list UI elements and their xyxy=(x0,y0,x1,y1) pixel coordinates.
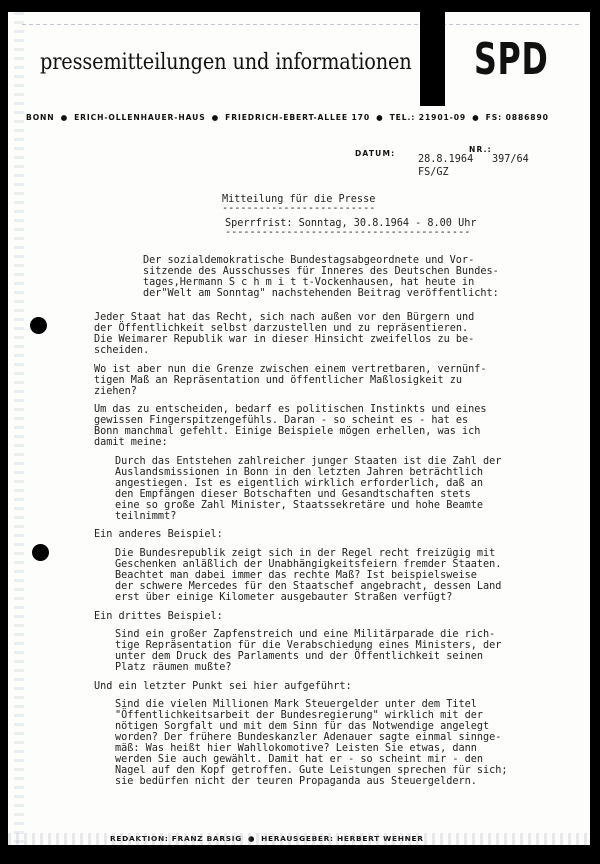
text-line: angestiegen. Ist es eigentlich wirklich … xyxy=(115,478,508,489)
text-line: tige Repräsentation für die Verabschiedu… xyxy=(115,640,508,651)
text-line: gewissen Fingerspitzengefühls. Daran - s… xyxy=(94,415,508,426)
bullet-icon: ● xyxy=(212,113,220,122)
text-line: Geschenken anläßlich der Unabhängigkeits… xyxy=(115,559,508,570)
text-line: Beachtet man dabei immer das rechte Maß?… xyxy=(115,570,508,581)
text-line: Ein anderes Beispiel: xyxy=(94,529,508,540)
document-date: 28.8.1964 xyxy=(418,154,473,165)
text-line: Auslandsmissionen in Bonn in den letzten… xyxy=(115,467,508,478)
paragraph: Ein anderes Beispiel: xyxy=(94,529,508,540)
text-line: Ein drittes Beispiel: xyxy=(94,611,508,622)
intro-line: tages,Hermann S c h m i t t-Vockenhausen… xyxy=(143,277,499,288)
text-line: der schwere Mercedes für den Staatschef … xyxy=(115,581,508,592)
scan-noise xyxy=(8,833,590,845)
spd-logo: SPD xyxy=(474,34,548,85)
text-line: unter dem Druck des Parlaments und der Ö… xyxy=(115,651,508,662)
punch-hole-top xyxy=(30,317,47,334)
embargo-underline: ---------------------------------------- xyxy=(225,227,470,238)
text-line: teilnimmt? xyxy=(115,511,508,522)
text-line: mäß: Was heißt hier Wahllokomotive? Leis… xyxy=(115,743,508,754)
text-line: erst über einige Kilometer ausgebauter S… xyxy=(115,592,508,603)
address-building: ERICH-OLLENHAUER-HAUS xyxy=(74,113,206,122)
indented-paragraph: Durch das Entstehen zahlreicher junger S… xyxy=(115,456,508,522)
text-line: tigen Maß an Repräsentation und öffentli… xyxy=(94,375,508,386)
datum-label: DATUM: xyxy=(355,149,395,158)
bullet-icon: ● xyxy=(376,113,384,122)
paragraph: Um das zu entscheiden, bedarf es politis… xyxy=(94,404,508,448)
intro-paragraph: Der sozialdemokratische Bundestagsabgeor… xyxy=(143,255,499,299)
punch-hole-bottom xyxy=(32,544,49,561)
text-line: der Öffentlichkeit selbst darzustellen u… xyxy=(94,323,508,334)
intro-line: sitzende des Ausschusses für Inneres des… xyxy=(143,266,499,277)
text-line: Um das zu entscheiden, bedarf es politis… xyxy=(94,404,508,415)
bullet-icon: ● xyxy=(472,113,480,122)
text-line: Sind die vielen Millionen Mark Steuergel… xyxy=(115,699,508,710)
text-line: den Empfängen dieser Botschaften und Ges… xyxy=(115,489,508,500)
text-line: Die Bundesrepublik zeigt sich in der Reg… xyxy=(115,548,508,559)
nr-label: NR.: xyxy=(469,145,492,154)
intro-line: der"Welt am Sonntag" nachstehenden Beitr… xyxy=(143,288,499,299)
intro-line: Der sozialdemokratische Bundestagsabgeor… xyxy=(143,255,499,266)
address-street: FRIEDRICH-EBERT-ALLEE 170 xyxy=(225,113,370,122)
letterhead-address: BONN●ERICH-OLLENHAUER-HAUS●FRIEDRICH-EBE… xyxy=(26,113,549,122)
bullet-icon: ● xyxy=(61,113,69,122)
indented-paragraph: Sind ein großer Zapfenstreich und eine M… xyxy=(115,629,508,673)
text-line: damit meine: xyxy=(94,437,508,448)
scan-noise xyxy=(14,12,24,845)
text-line: Nagel auf den Kopf getroffen. Gute Leist… xyxy=(115,765,508,776)
text-line: Jeder Staat hat das Recht, sich nach auß… xyxy=(94,312,508,323)
document-page: pressemitteilungen und informationen SPD… xyxy=(8,12,590,845)
author-initials: FS/GZ xyxy=(418,167,449,178)
text-line: scheiden. xyxy=(94,345,508,356)
text-line: Sind ein großer Zapfenstreich und eine M… xyxy=(115,629,508,640)
paragraph: Jeder Staat hat das Recht, sich nach auß… xyxy=(94,312,508,356)
paragraph: Und ein letzter Punkt sei hier aufgeführ… xyxy=(94,681,508,692)
text-line: "Öffentlichkeitsarbeit der Bundesregieru… xyxy=(115,710,508,721)
article-body: Jeder Staat hat das Recht, sich nach auß… xyxy=(94,312,508,795)
top-dotted-rule xyxy=(22,24,582,25)
address-telex: FS: 0886890 xyxy=(486,113,549,122)
text-line: Wo ist aber nun die Grenze zwischen eine… xyxy=(94,364,508,375)
text-line: worden? Der frühere Bundeskanzler Adenau… xyxy=(115,732,508,743)
text-line: eine so große Zahl Minister, Staatssekre… xyxy=(115,500,508,511)
heading-underline: ------------------------- xyxy=(222,203,375,214)
text-line: Und ein letzter Punkt sei hier aufgeführ… xyxy=(94,681,508,692)
text-line: Platz räumen mußte? xyxy=(115,662,508,673)
text-line: Bonn manchmal gefehlt. Einige Beispiele … xyxy=(94,426,508,437)
masthead-title: pressemitteilungen und informationen xyxy=(40,50,412,75)
document-number: 397/64 xyxy=(492,154,529,165)
text-line: ziehen? xyxy=(94,386,508,397)
indented-paragraph: Die Bundesrepublik zeigt sich in der Reg… xyxy=(115,548,508,603)
text-line: Durch das Entstehen zahlreicher junger S… xyxy=(115,456,508,467)
paragraph: Wo ist aber nun die Grenze zwischen eine… xyxy=(94,364,508,397)
address-city: BONN xyxy=(26,113,55,122)
text-line: sie bedürfen nicht der teuren Propaganda… xyxy=(115,776,508,787)
address-phone: TEL.: 21901-09 xyxy=(390,113,467,122)
text-line: Die Weimarer Republik war in dieser Hins… xyxy=(94,334,508,345)
indented-paragraph: Sind die vielen Millionen Mark Steuergel… xyxy=(115,699,508,787)
paragraph: Ein drittes Beispiel: xyxy=(94,611,508,622)
letterhead-black-bar xyxy=(420,12,445,106)
text-line: werden Sie auch gewählt. Damit hat er - … xyxy=(115,754,508,765)
text-line: nötigen Sorgfalt und mit dem Sinn für da… xyxy=(115,721,508,732)
